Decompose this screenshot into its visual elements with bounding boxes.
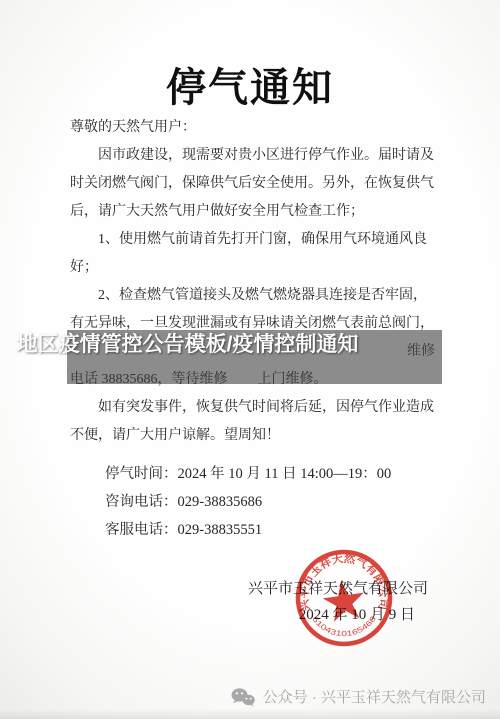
body-line: 时关闭燃气阀门，保障供气后安全使用。另外，在恢复供气 [70,170,435,198]
notice-body: 尊敬的天然气用户： 因市政建设，现需要对贵小区进行停气作业。届时请及 时关闭燃气… [70,114,435,450]
watermark: 地区疫情管控公告模板/疫情控制通知 [0,332,375,358]
salutation-line: 尊敬的天然气用户： [70,114,435,142]
body-line: 2、检查燃气管道接头及燃气燃烧器具连接是否牢固， [70,282,435,310]
closing-line: 不便，请广大用户谅解。望周知！ [70,422,435,450]
closing-line: 如有突发事件，恢复供气时间将后延，因停气作业造成 [70,394,435,422]
svg-text:6104310165468: 6104310165468 [310,614,378,638]
body-line: 后，请广大天然气用户做好安全用气检查工作； [70,198,435,226]
body-line: 1、使用燃气前请首先打开门窗，确保用气环境通风良 [70,226,435,254]
inquiry-phone-line: 咨询电话：029-38835686 [105,488,391,516]
body-line: 好； [70,254,435,282]
stop-time-line: 停气时间：2024 年 10 月 11 日 14:00—19：00 [105,460,391,488]
wechat-icon [230,687,256,707]
seal-star-icon [321,578,368,623]
notice-photo: 停气通知 尊敬的天然气用户： 因市政建设，现需要对贵小区进行停气作业。届时请及 … [0,0,500,719]
footer-label: 公众号 · 兴平玉祥天然气有限公司 [263,686,486,707]
seal-code: 6104310165468 [310,614,378,638]
body-line: 因市政建设，现需要对贵小区进行停气作业。届时请及 [70,142,435,170]
footer-watermark: 公众号 · 兴平玉祥天然气有限公司 [230,686,486,707]
watermark-label: 地区疫情管控公告模板/疫情控制通知 [17,332,359,358]
notice-title: 停气通知 [0,56,500,113]
company-seal: 兴平市玉祥天然气有限公司 6104310165468 [269,523,419,673]
